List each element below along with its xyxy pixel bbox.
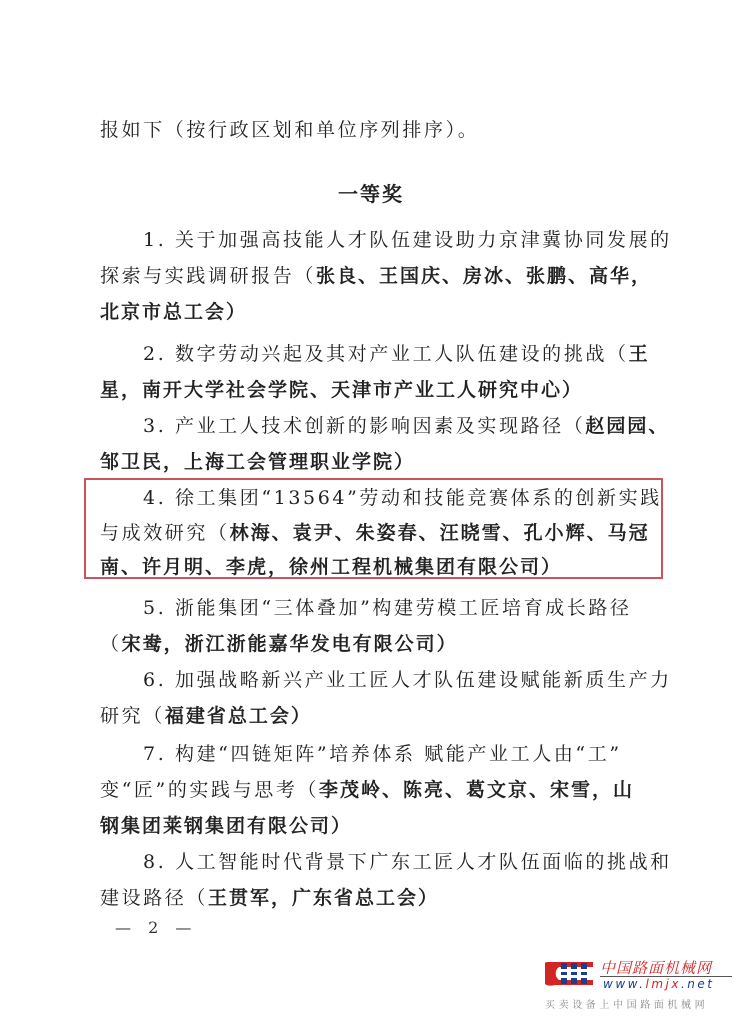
entry-authors: 南、许月明、李虎，徐州工程机械集团有限公司） — [100, 556, 562, 578]
entry-authors: 林海、袁尹、朱姿春、汪晓雪、孔小辉、马冠 — [230, 522, 650, 544]
entry-line: 5. 浙能集团“三体叠加”构建劳模工匠培育成长路径 — [143, 594, 713, 622]
watermark-slogan: 买卖设备上中国路面机械网 — [545, 996, 708, 1011]
entry-authors: 王贯军，广东省总工会） — [208, 887, 439, 909]
section-title: 一等奖 — [0, 178, 742, 207]
entry-authors: 李茂岭、陈亮、葛文京、宋雪，山 — [319, 779, 634, 801]
entry-line: 7. 构建“四链矩阵”培养体系 赋能产业工人由“工” — [143, 740, 713, 768]
entry-line: 4. 徐工集团“13564”劳动和技能竞赛体系的创新实践 — [143, 484, 713, 512]
entry-line: 变“匠”的实践与思考（李茂岭、陈亮、葛文京、宋雪，山 — [100, 776, 670, 804]
entry-line: 建设路径（王贯军，广东省总工会） — [100, 884, 670, 912]
entry-line: 8. 人工智能时代背景下广东工匠人才队伍面临的挑战和 — [143, 848, 713, 876]
entry-line: 邹卫民，上海工会管理职业学院） — [100, 448, 670, 476]
entry-authors: 钢集团莱钢集团有限公司） — [100, 815, 352, 837]
entry-authors: 张良、王国庆、房冰、张鹏、高华， — [316, 265, 652, 287]
entry-line: 南、许月明、李虎，徐州工程机械集团有限公司） — [100, 553, 670, 581]
intro-line: 报如下（按行政区划和单位序列排序）。 — [100, 116, 670, 144]
page-number: — 2 — — [115, 918, 197, 937]
watermark-title: 中国路面机械网 — [600, 957, 712, 978]
entry-authors: 宋鸯，浙江浙能嘉华发电有限公司） — [122, 633, 458, 655]
watermark-url: www.lmjx.net — [603, 977, 714, 991]
entry-line: （宋鸯，浙江浙能嘉华发电有限公司） — [100, 630, 670, 658]
entry-line: 星，南开大学社会学院、天津市产业工人研究中心） — [100, 376, 670, 404]
entry-line: 探索与实践调研报告（张良、王国庆、房冰、张鹏、高华， — [100, 262, 670, 290]
entry-line: 1. 关于加强高技能人才队伍建设助力京津冀协同发展的 — [143, 226, 713, 254]
entry-authors: 北京市总工会） — [100, 301, 247, 323]
entry-line: 北京市总工会） — [100, 298, 670, 326]
entry-line: 钢集团莱钢集团有限公司） — [100, 812, 670, 840]
entry-line: 6. 加强战略新兴产业工匠人才队伍建设赋能新质生产力 — [143, 666, 713, 694]
entry-line: 研究（福建省总工会） — [100, 702, 670, 730]
entry-line: 2. 数字劳动兴起及其对产业工人队伍建设的挑战（王 — [143, 340, 713, 368]
entry-authors: 邹卫民，上海工会管理职业学院） — [100, 451, 415, 473]
site-logo-icon — [545, 958, 595, 988]
entry-authors: 星，南开大学社会学院、天津市产业工人研究中心） — [100, 379, 583, 401]
entry-line: 3. 产业工人技术创新的影响因素及实现路径（赵园园、 — [143, 412, 713, 440]
entry-line: 与成效研究（林海、袁尹、朱姿春、汪晓雪、孔小辉、马冠 — [100, 519, 670, 547]
watermark: 中国路面机械网 www.lmjx.net 买卖设备上中国路面机械网 — [545, 958, 735, 1018]
entry-authors: 福建省总工会） — [165, 705, 312, 727]
